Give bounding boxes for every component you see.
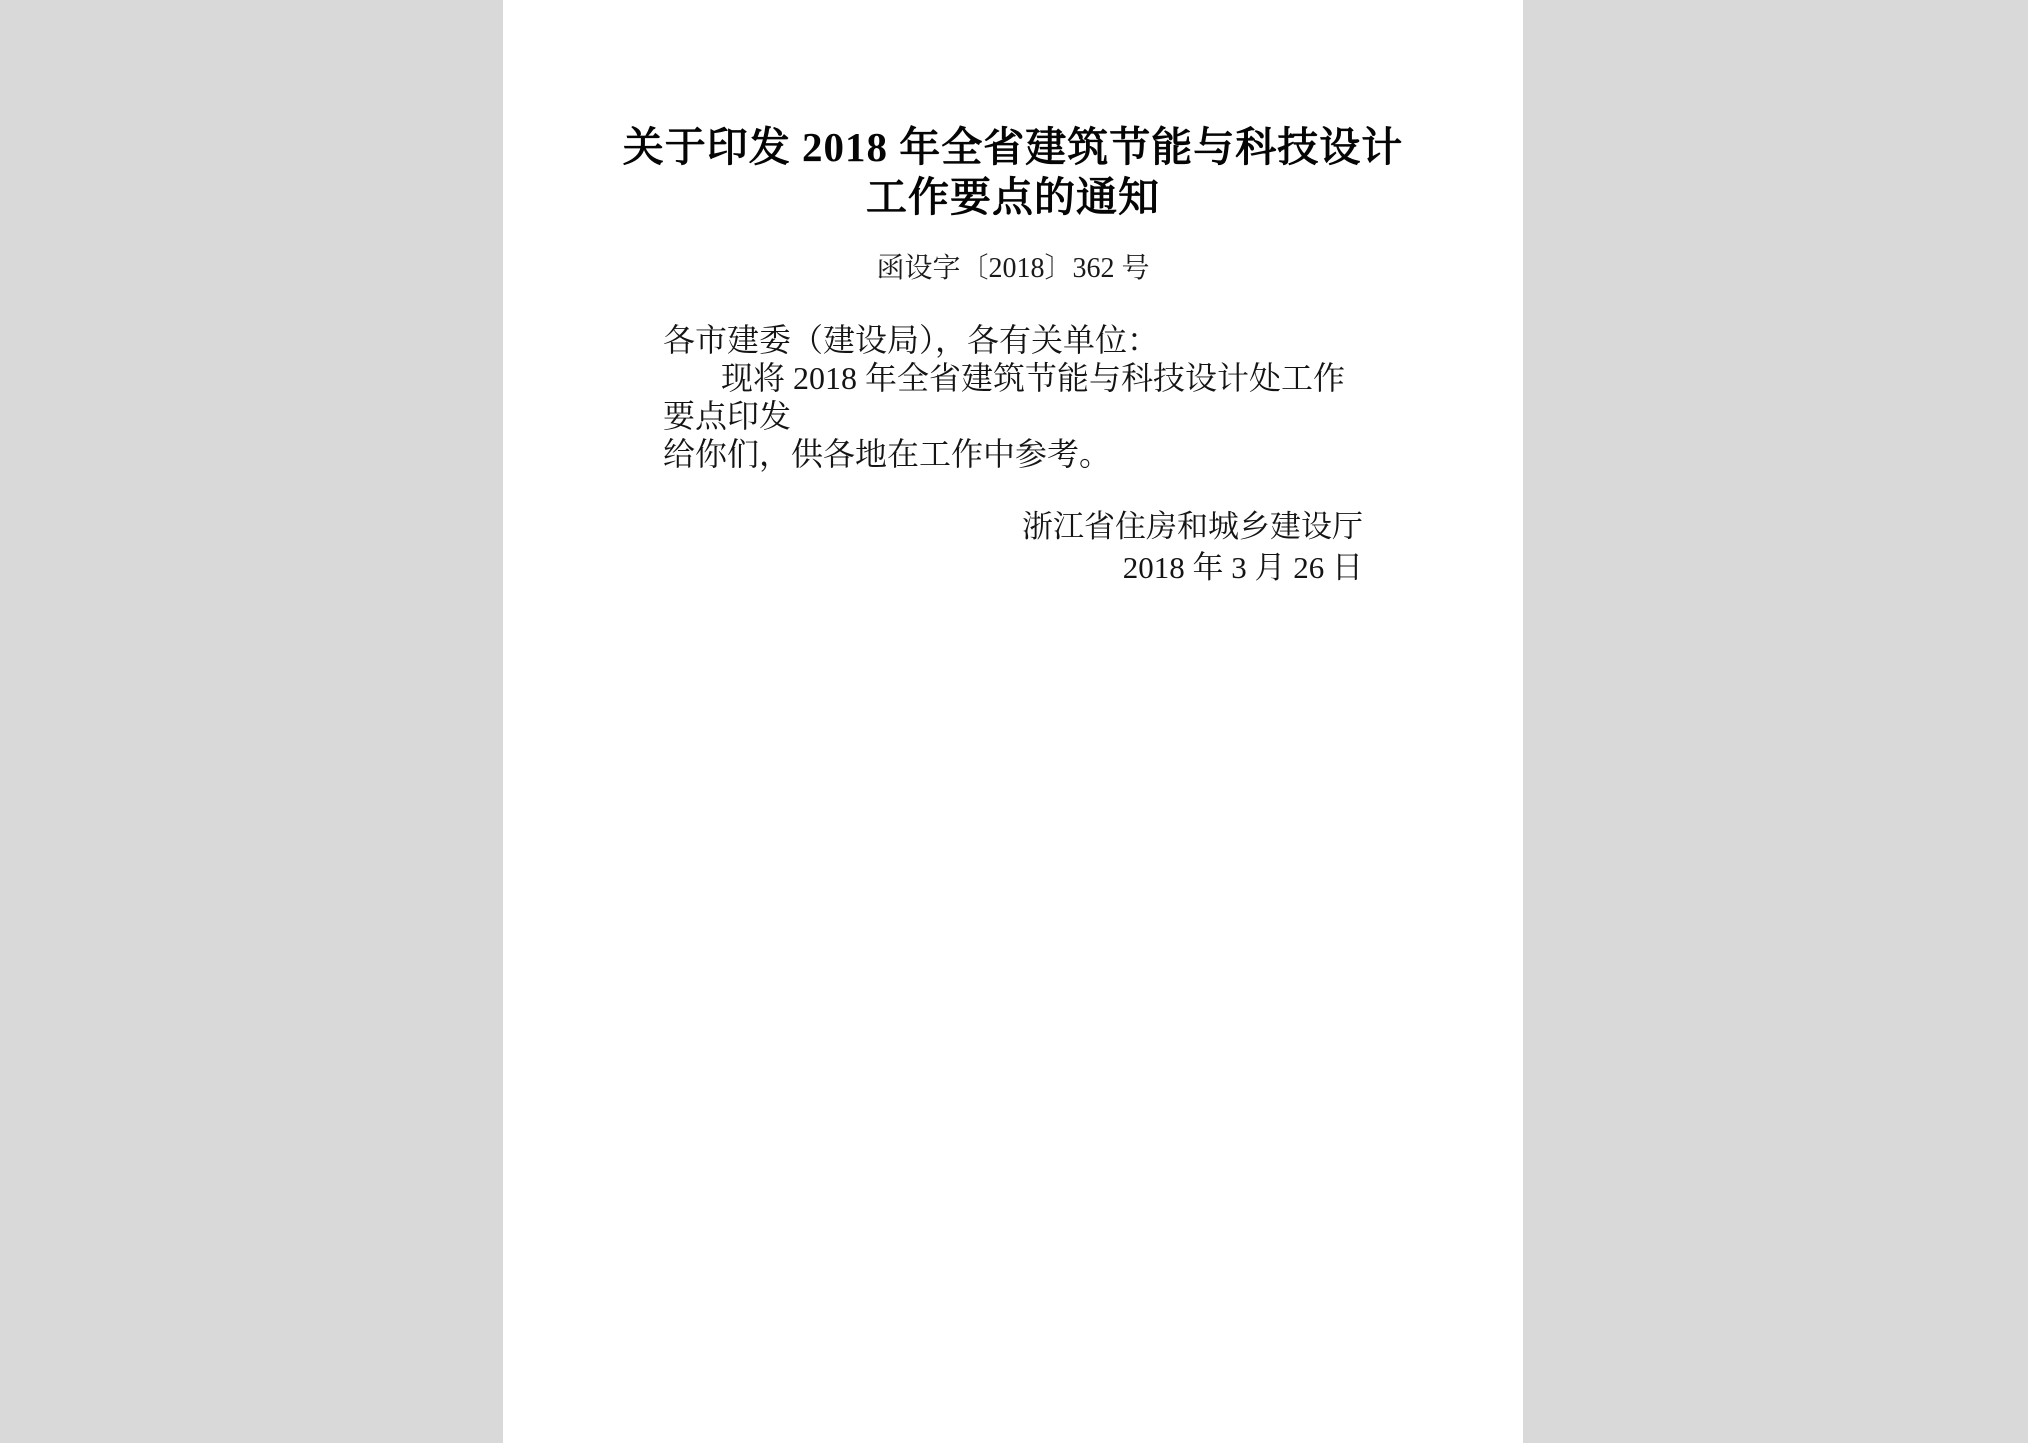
salutation-line: 各市建委（建设局），各有关单位： [663,321,1371,359]
signature-block: 浙江省住房和城乡建设厅 2018 年 3 月 26 日 [503,506,1523,588]
document-page: 关于印发 2018 年全省建筑节能与科技设计 工作要点的通知 函设字〔2018〕… [503,0,1523,1443]
document-title: 关于印发 2018 年全省建筑节能与科技设计 工作要点的通知 [503,0,1523,222]
document-number: 函设字〔2018〕362 号 [503,253,1523,284]
document-title-line1: 关于印发 2018 年全省建筑节能与科技设计 [503,122,1523,172]
signer-name: 浙江省住房和城乡建设厅 [503,506,1363,547]
document-date: 2018 年 3 月 26 日 [503,547,1363,588]
body-paragraph-line2: 给你们，供各地在工作中参考。 [663,435,1371,473]
document-title-line2: 工作要点的通知 [503,172,1523,222]
screenshot-root: { "page": { "background_color": "#d9d9d9… [0,0,2028,1443]
body-paragraph-line1: 现将 2018 年全省建筑节能与科技设计处工作要点印发 [663,359,1371,435]
document-body: 各市建委（建设局），各有关单位： 现将 2018 年全省建筑节能与科技设计处工作… [503,321,1523,473]
